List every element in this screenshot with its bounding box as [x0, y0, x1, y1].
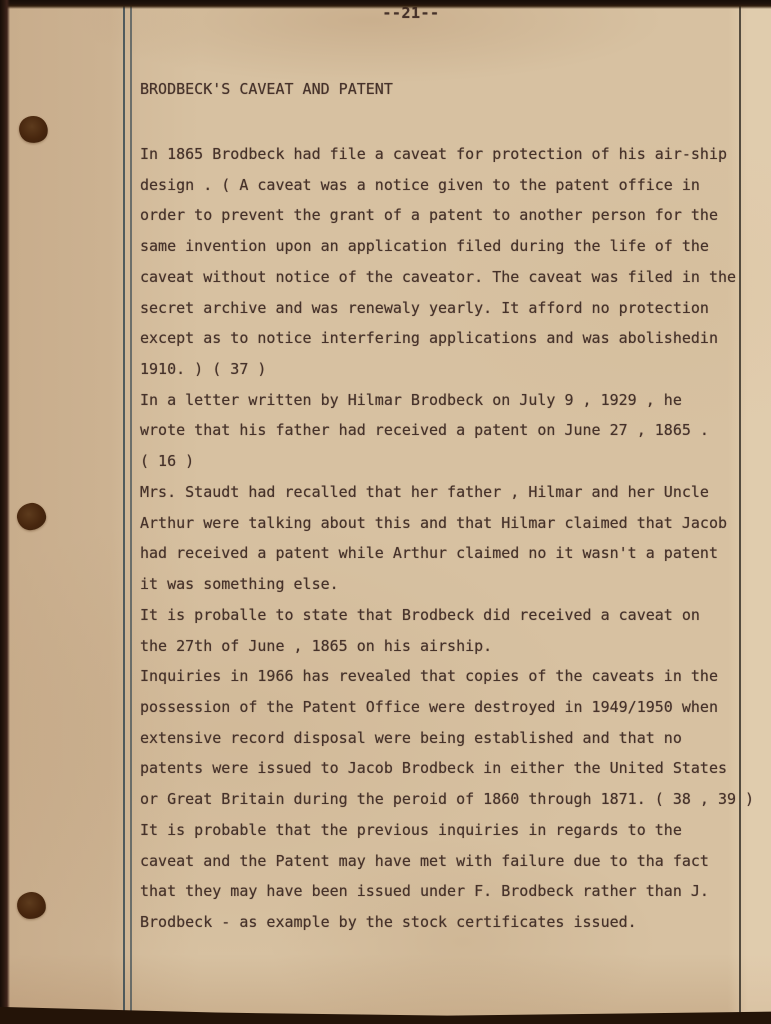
- scan-edge-left: [0, 0, 10, 1024]
- hole-punch: [16, 891, 47, 920]
- text-line: the 27th of June , 1865 on his airship.: [140, 631, 754, 662]
- left-margin-rule: [123, 0, 132, 1024]
- text-line: extensive record disposal were being est…: [140, 723, 754, 754]
- text-line: wrote that his father had received a pat…: [140, 415, 754, 446]
- text-line: Arthur were talking about this and that …: [140, 508, 754, 539]
- text-line: had received a patent while Arthur claim…: [140, 538, 754, 569]
- text-line: Brodbeck - as example by the stock certi…: [140, 907, 754, 938]
- text-line: caveat and the Patent may have met with …: [140, 846, 754, 877]
- text-line: except as to notice interfering applicat…: [140, 323, 754, 354]
- text-line: Mrs. Staudt had recalled that her father…: [140, 477, 754, 508]
- scan-edge-bottom: [0, 1002, 771, 1024]
- text-line: It is probable that the previous inquiri…: [140, 815, 754, 846]
- text-line: that they may have been issued under F. …: [140, 876, 754, 907]
- text-line: In 1865 Brodbeck had file a caveat for p…: [140, 139, 754, 170]
- text-line: 1910. ) ( 37 ): [140, 354, 754, 385]
- scanned-document-page: --21-- BRODBECK'S CAVEAT AND PATENT In 1…: [0, 0, 771, 1024]
- text-line: order to prevent the grant of a patent t…: [140, 200, 754, 231]
- text-line: ( 16 ): [140, 446, 754, 477]
- text-line: possession of the Patent Office were des…: [140, 692, 754, 723]
- text-line: design . ( A caveat was a notice given t…: [140, 170, 754, 201]
- document-title: BRODBECK'S CAVEAT AND PATENT: [140, 80, 393, 98]
- text-line: or Great Britain during the peroid of 18…: [140, 784, 754, 815]
- scan-edge-top: [0, 0, 771, 9]
- text-line: It is proballe to state that Brodbeck di…: [140, 600, 754, 631]
- text-line: it was something else.: [140, 569, 754, 600]
- text-line: secret archive and was renewaly yearly. …: [140, 293, 754, 324]
- text-line: In a letter written by Hilmar Brodbeck o…: [140, 385, 754, 416]
- hole-punch: [15, 501, 48, 532]
- text-line: same invention upon an application filed…: [140, 231, 754, 262]
- text-line: caveat without notice of the caveator. T…: [140, 262, 754, 293]
- text-line: patents were issued to Jacob Brodbeck in…: [140, 753, 754, 784]
- hole-punch: [17, 113, 51, 145]
- document-body: In 1865 Brodbeck had file a caveat for p…: [140, 139, 754, 938]
- text-line: Inquiries in 1966 has revealed that copi…: [140, 661, 754, 692]
